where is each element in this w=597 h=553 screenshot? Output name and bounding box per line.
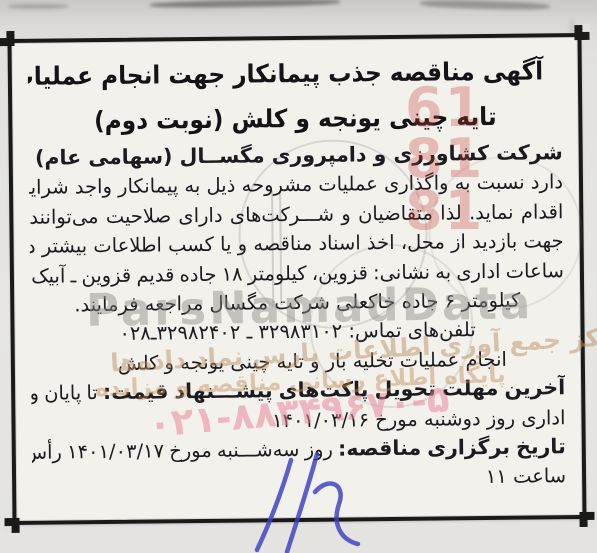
- notice-content: آگهی مناقصه جذب پیمانکار جهت انجام عملیا…: [28, 42, 567, 517]
- notice-title-line2: تایه چینی یونجه و کلش (نوبت دوم): [47, 93, 544, 143]
- frame-corner-step: [579, 512, 594, 527]
- notice-title-line1: آگهی مناقصه جذب پیمانکار جهت انجام عملیا…: [46, 48, 543, 98]
- company-name: شرکت کشاورزی و دامپروری مگســال (سهامی ع…: [35, 140, 563, 170]
- deadline-label: آخرین مهلت تحویل پاکت‌های پیشـــنهاد قیم…: [103, 375, 565, 404]
- scan-artifact: [8, 4, 68, 9]
- frame-corner-step: [4, 518, 19, 533]
- frame-corner-step: [574, 25, 589, 40]
- scanned-tender-notice: { "notice": { "title": { "line1": "آگهی …: [0, 0, 597, 553]
- pen-scribble: [205, 450, 375, 553]
- body-text: تا پایان وقت: [31, 381, 103, 405]
- body-line-address-end: کیلومتر ۶ جاده خاکعلی شرکت مگسال مراجعه …: [30, 285, 564, 320]
- frame-corner-step: [0, 31, 15, 46]
